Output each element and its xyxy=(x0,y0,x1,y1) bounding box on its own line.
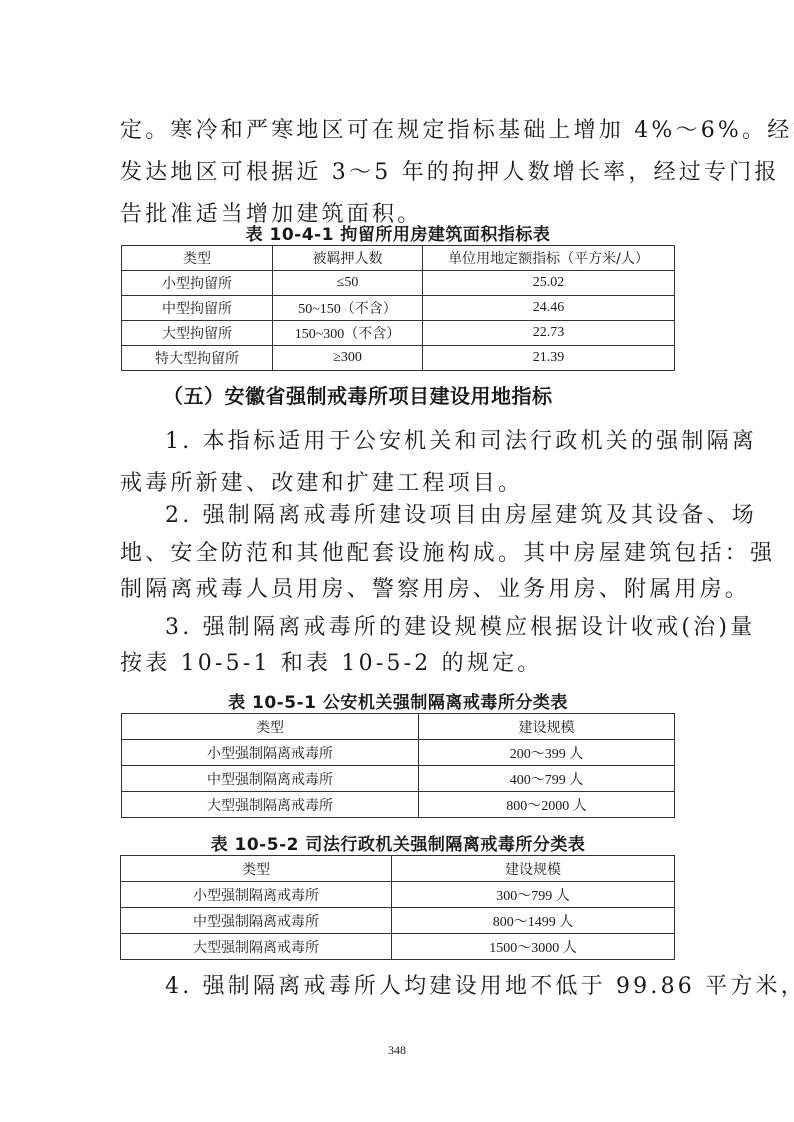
header-cell: 类型 xyxy=(122,246,273,271)
section-heading: （五）安徽省强制戒毒所项目建设用地指标 xyxy=(163,380,553,409)
table-header-row: 类型 被羁押人数 单位用地定额指标（平方米/人） xyxy=(122,246,675,271)
scale-cell: 1500～3000 人 xyxy=(392,934,675,960)
type-cell: 小型强制隔离戒毒所 xyxy=(122,740,419,766)
scale-cell: 200～399 人 xyxy=(419,740,675,766)
scale-cell: 800～2000 人 xyxy=(419,792,675,818)
type-cell: 中型强制隔离戒毒所 xyxy=(122,766,419,792)
quota-cell: 25.02 xyxy=(423,271,675,296)
table-row: 大型拘留所 150~300（不含） 22.73 xyxy=(122,321,675,346)
item-3-line-2: 按表 10-5-1 和表 10-5-2 的规定。 xyxy=(120,643,676,685)
type-cell: 中型拘留所 xyxy=(122,296,273,321)
type-cell: 大型强制隔离戒毒所 xyxy=(122,792,419,818)
item-1-line-1: 1. 本指标适用于公安机关和司法行政机关的强制隔离 xyxy=(120,421,676,463)
item-2-line-3: 制隔离戒毒人员用房、警察用房、业务用房、附属用房。 xyxy=(120,569,676,611)
type-cell: 特大型拘留所 xyxy=(122,346,273,371)
table-header-row: 类型 建设规模 xyxy=(121,856,675,882)
table-row: 中型拘留所 50~150（不含） 24.46 xyxy=(122,296,675,321)
count-cell: 50~150（不含） xyxy=(273,296,423,321)
header-cell: 被羁押人数 xyxy=(273,246,423,271)
count-cell: ≤50 xyxy=(273,271,423,296)
table-10-4-1: 类型 被羁押人数 单位用地定额指标（平方米/人） 小型拘留所 ≤50 25.02… xyxy=(121,245,675,371)
table-10-4-1-caption: 表 10-4-1 拘留所用房建筑面积指标表 xyxy=(120,220,676,245)
header-cell: 建设规模 xyxy=(392,856,675,882)
table-10-5-1: 类型 建设规模 小型强制隔离戒毒所 200～399 人 中型强制隔离戒毒所 40… xyxy=(121,713,675,818)
type-cell: 小型强制隔离戒毒所 xyxy=(121,882,392,908)
scale-cell: 800～1499 人 xyxy=(392,908,675,934)
intro-line-2: 发达地区可根据近 3～5 年的拘押人数增长率，经过专门报 xyxy=(120,152,676,194)
type-cell: 大型拘留所 xyxy=(122,321,273,346)
table-row: 中型强制隔离戒毒所 400～799 人 xyxy=(122,766,675,792)
intro-line-1: 定。寒冷和严寒地区可在规定指标基础上增加 4%～6%。经济 xyxy=(120,110,676,152)
item-4-line-1: 4. 强制隔离戒毒所人均建设用地不低于 99.86 平方米， xyxy=(120,966,676,1008)
header-cell: 类型 xyxy=(122,714,419,740)
table-row: 中型强制隔离戒毒所 800～1499 人 xyxy=(121,908,675,934)
table-row: 大型强制隔离戒毒所 1500～3000 人 xyxy=(121,934,675,960)
table-header-row: 类型 建设规模 xyxy=(122,714,675,740)
header-cell: 建设规模 xyxy=(419,714,675,740)
header-cell: 单位用地定额指标（平方米/人） xyxy=(423,246,675,271)
quota-cell: 22.73 xyxy=(423,321,675,346)
table-10-5-2-caption: 表 10-5-2 司法行政机关强制隔离戒毒所分类表 xyxy=(120,830,676,855)
page-number: 348 xyxy=(0,1043,794,1058)
table-row: 小型强制隔离戒毒所 300～799 人 xyxy=(121,882,675,908)
type-cell: 大型强制隔离戒毒所 xyxy=(121,934,392,960)
count-cell: ≥300 xyxy=(273,346,423,371)
quota-cell: 24.46 xyxy=(423,296,675,321)
table-10-5-1-caption: 表 10-5-1 公安机关强制隔离戒毒所分类表 xyxy=(120,688,676,713)
quota-cell: 21.39 xyxy=(423,346,675,371)
table-row: 小型拘留所 ≤50 25.02 xyxy=(122,271,675,296)
count-cell: 150~300（不含） xyxy=(273,321,423,346)
table-row: 特大型拘留所 ≥300 21.39 xyxy=(122,346,675,371)
item-2-line-1: 2. 强制隔离戒毒所建设项目由房屋建筑及其设备、场 xyxy=(120,495,676,537)
type-cell: 小型拘留所 xyxy=(122,271,273,296)
table-10-5-2: 类型 建设规模 小型强制隔离戒毒所 300～799 人 中型强制隔离戒毒所 80… xyxy=(120,855,675,960)
table-row: 大型强制隔离戒毒所 800～2000 人 xyxy=(122,792,675,818)
table-row: 小型强制隔离戒毒所 200～399 人 xyxy=(122,740,675,766)
type-cell: 中型强制隔离戒毒所 xyxy=(121,908,392,934)
scale-cell: 300～799 人 xyxy=(392,882,675,908)
scale-cell: 400～799 人 xyxy=(419,766,675,792)
header-cell: 类型 xyxy=(121,856,392,882)
